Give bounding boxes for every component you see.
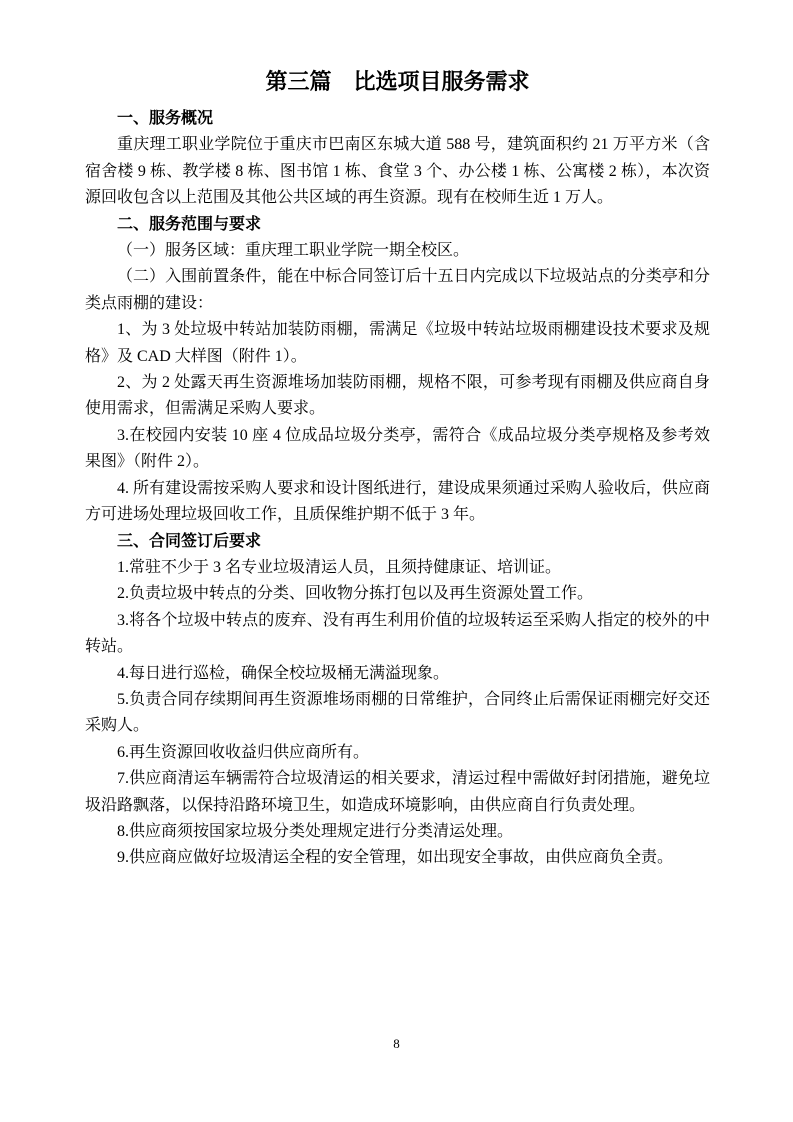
paragraph-req-2-sorting: 2.负责垃圾中转点的分类、回收物分拣打包以及再生资源处置工作。 <box>85 581 710 607</box>
section-heading-service-scope: 二、服务范围与要求 <box>85 212 710 238</box>
page-number: 8 <box>0 1036 793 1052</box>
paragraph-service-area: （一）服务区域：重庆理工职业学院一期全校区。 <box>85 238 710 264</box>
paragraph-req-1-staff: 1.常驻不少于 3 名专业垃圾清运人员，且须持健康证、培训证。 <box>85 555 710 581</box>
paragraph-item-3-sorting-kiosks: 3.在校园内安装 10 座 4 位成品垃圾分类亭，需符合《成品垃圾分类亭规格及参… <box>85 423 710 476</box>
paragraph-precondition: （二）入围前置条件，能在中标合同签订后十五日内完成以下垃圾站点的分类亭和分类点雨… <box>85 264 710 317</box>
paragraph-req-8-classification-rules: 8.供应商须按国家垃圾分类处理规定进行分类清运处理。 <box>85 819 710 845</box>
section-heading-post-contract-requirements: 三、合同签订后要求 <box>85 529 710 555</box>
paragraph-campus-overview: 重庆理工职业学院位于重庆市巴南区东城大道 588 号，建筑面积约 21 万平方米… <box>85 132 710 211</box>
paragraph-req-9-safety: 9.供应商应做好垃圾清运全程的安全管理，如出现安全事故，由供应商负全责。 <box>85 845 710 871</box>
document-page: 第三篇 比选项目服务需求 一、服务概况 重庆理工职业学院位于重庆市巴南区东城大道… <box>0 0 793 1122</box>
document-title: 第三篇 比选项目服务需求 <box>85 66 710 98</box>
paragraph-item-1-rain-shed-transfer-stations: 1、为 3 处垃圾中转站加装防雨棚，需满足《垃圾中转站垃圾雨棚建设技术要求及规格… <box>85 317 710 370</box>
paragraph-item-2-rain-shed-stockyards: 2、为 2 处露天再生资源堆场加装防雨棚，规格不限，可参考现有雨棚及供应商自身使… <box>85 370 710 423</box>
paragraph-req-5-shed-maintenance: 5.负责合同存续期间再生资源堆场雨棚的日常维护，合同终止后需保证雨棚完好交还采购… <box>85 687 710 740</box>
paragraph-req-6-recycling-income: 6.再生资源回收收益归供应商所有。 <box>85 740 710 766</box>
paragraph-req-7-vehicles: 7.供应商清运车辆需符合垃圾清运的相关要求，清运过程中需做好封闭措施，避免垃圾沿… <box>85 766 710 819</box>
section-heading-service-overview: 一、服务概况 <box>85 106 710 132</box>
paragraph-item-4-construction-acceptance: 4. 所有建设需按采购人要求和设计图纸进行，建设成果须通过采购人验收后，供应商方… <box>85 476 710 529</box>
document-content: 第三篇 比选项目服务需求 一、服务概况 重庆理工职业学院位于重庆市巴南区东城大道… <box>85 66 710 872</box>
paragraph-req-3-transfer: 3.将各个垃圾中转点的废弃、没有再生利用价值的垃圾转运至采购人指定的校外的中转站… <box>85 608 710 661</box>
paragraph-req-4-inspection: 4.每日进行巡检，确保全校垃圾桶无满溢现象。 <box>85 661 710 687</box>
